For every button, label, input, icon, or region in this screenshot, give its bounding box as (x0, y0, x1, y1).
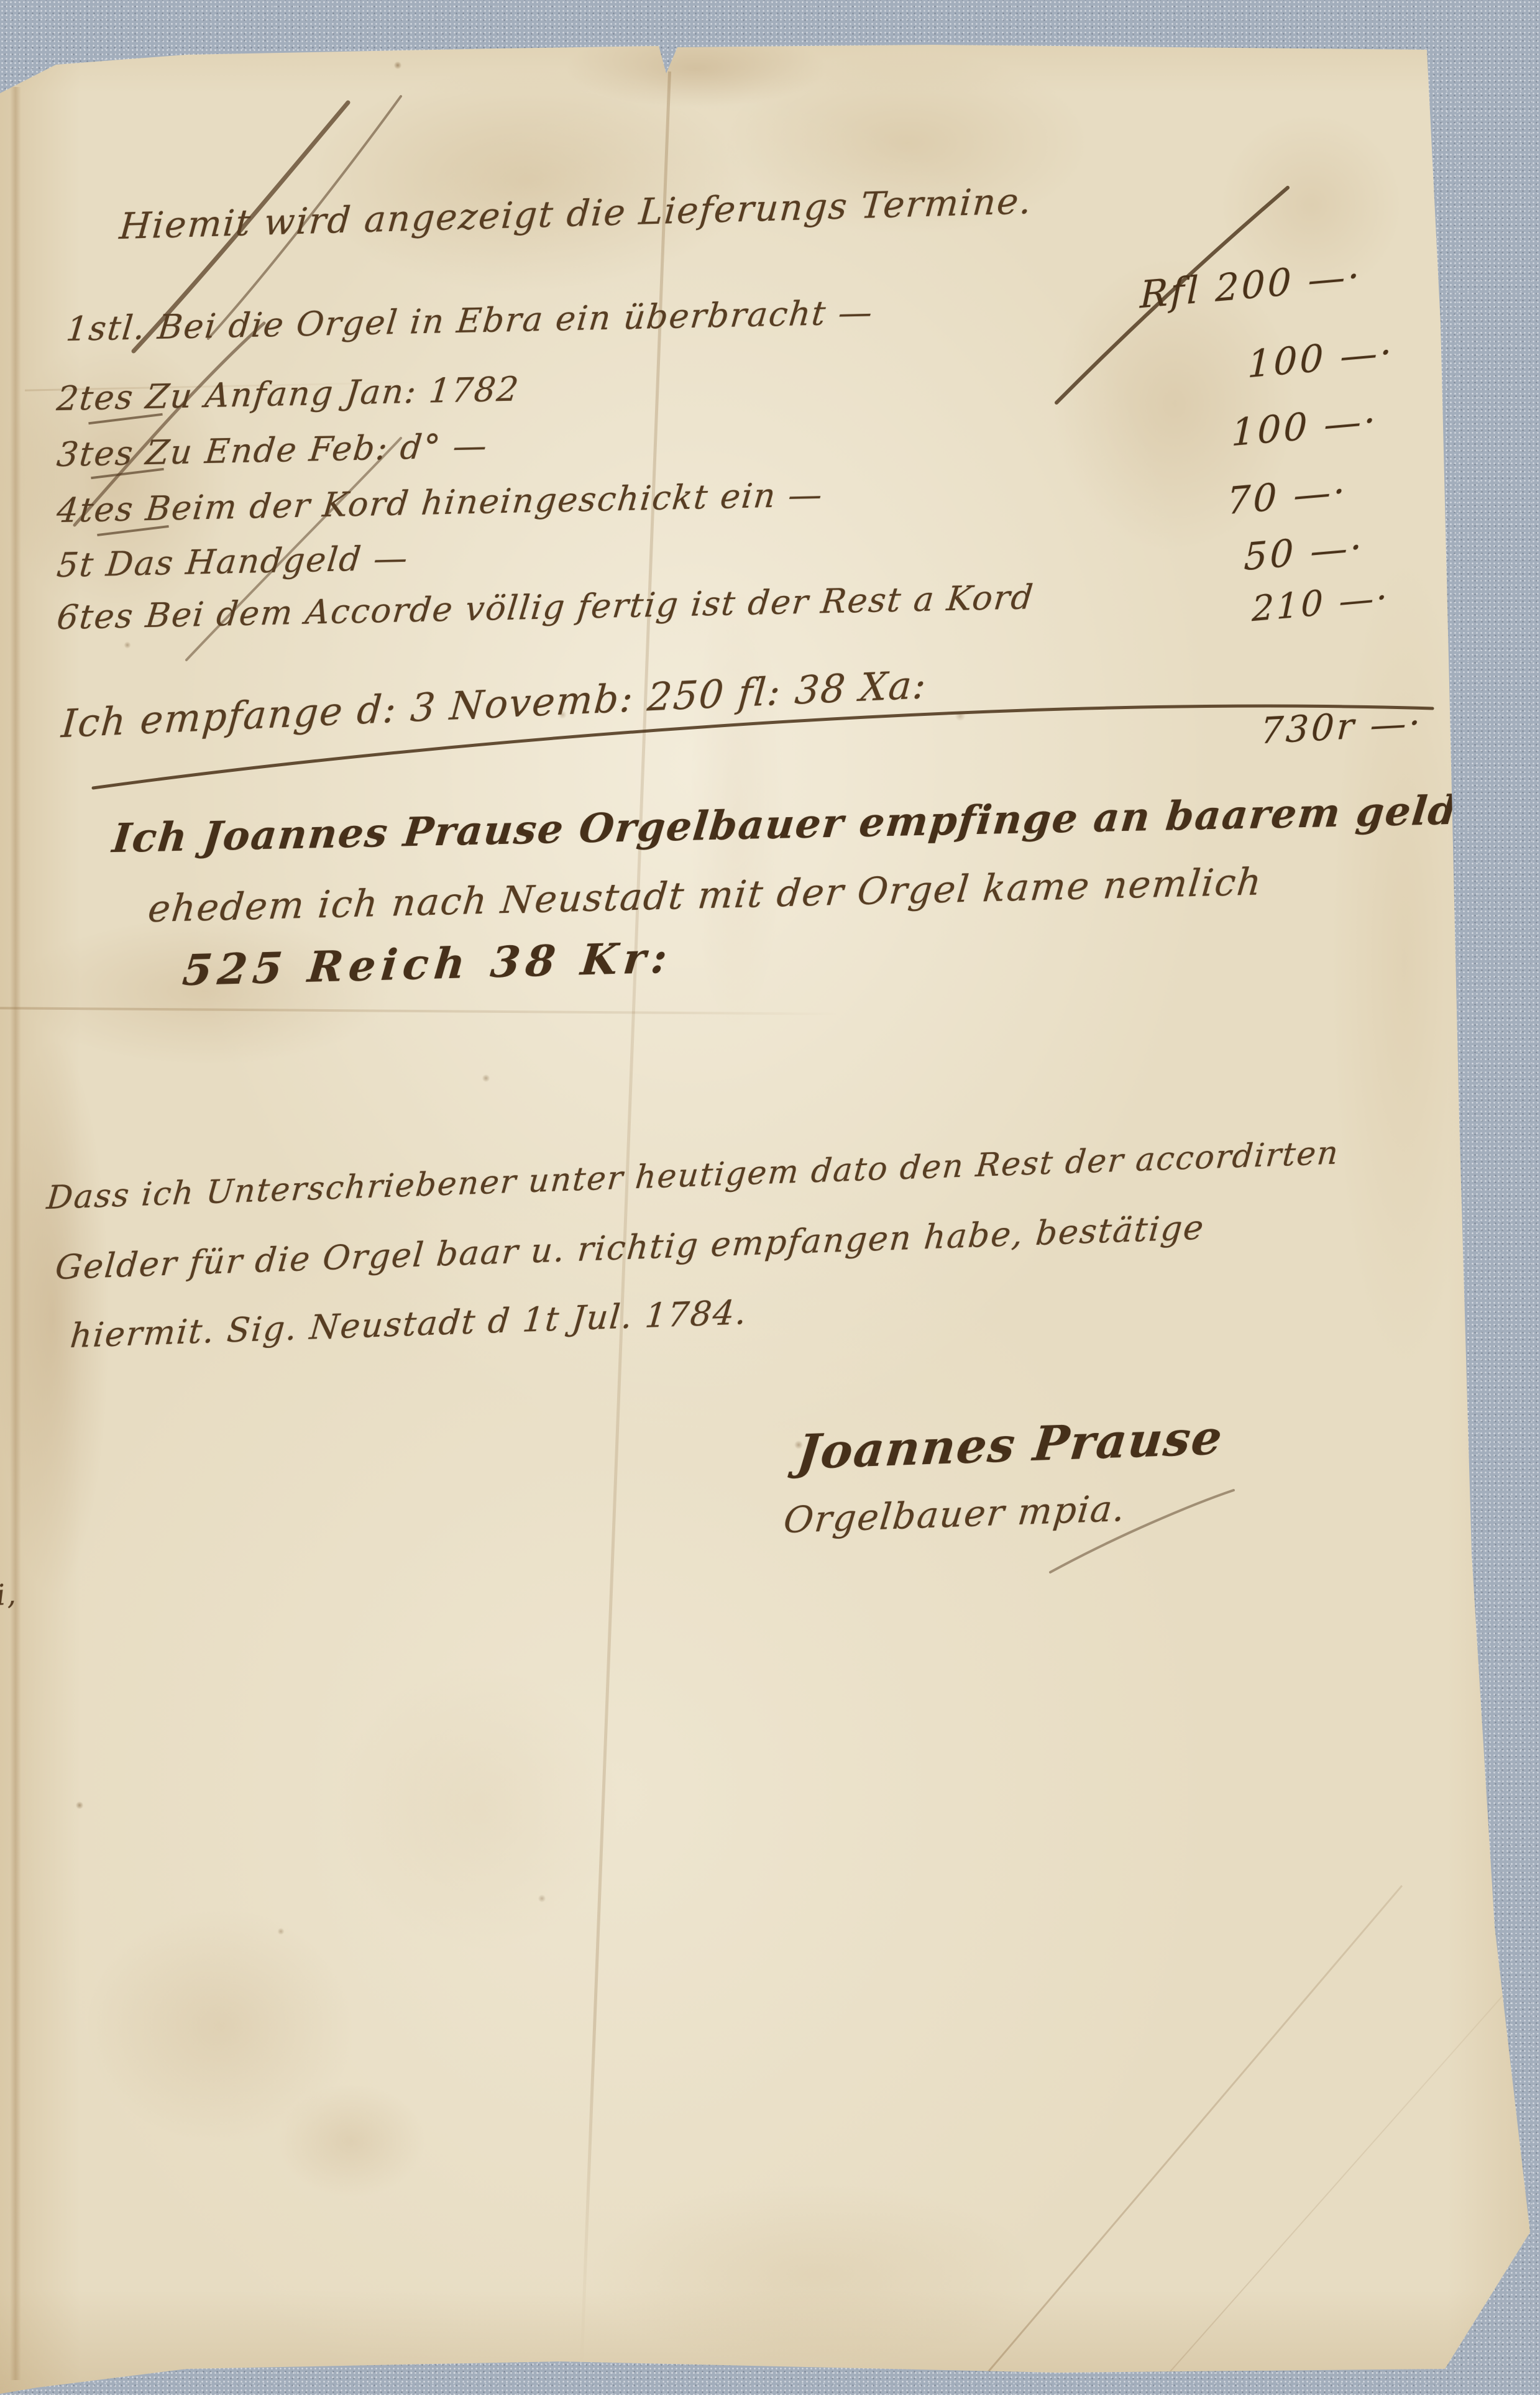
ledger-item-label: 6tes Bei dem Accorde völlig fertig ist d… (55, 577, 1036, 637)
confirmation-paragraph-line: Dass ich Unterschriebener unter heutigem… (45, 1134, 1341, 1217)
receipt-line: Ich empfange d: 3 Novemb: 250 fl: 38 Xa: (60, 662, 928, 747)
horizontal-fold-crease (0, 1007, 839, 1015)
manuscript-page: Hiemit wird angezeigt die Lieferungs Ter… (0, 0, 1540, 2395)
ledger-item-label: 1stl. Bei die Orgel in Ebra ein überbrac… (65, 293, 876, 349)
signature-name: Joannes Prause (795, 1409, 1226, 1480)
left-edge-stain (10, 87, 21, 2380)
cash-paragraph-line: Ich Joannes Prause Orgelbauer empfinge a… (110, 787, 1486, 862)
header-line: Hiemit wird angezeigt die Lieferungs Ter… (118, 180, 1034, 247)
confirmation-date-line: hiermit. Sig. Neustadt d 1t Jul. 1784. (68, 1293, 749, 1355)
ledger-item-amount: 70 —· (1227, 469, 1348, 523)
diagonal-crease-faint (1150, 1951, 1540, 2394)
photo-backdrop: Hiemit wird angezeigt die Lieferungs Ter… (0, 0, 1540, 2395)
ledger-item-amount: 100 —· (1247, 330, 1395, 387)
confirmation-paragraph-line: Gelder für die Orgel baar u. richtig emp… (53, 1207, 1206, 1287)
ledger-item-label: 2tes Zu Anfang Jan: 1782 (55, 369, 521, 418)
ledger-item-amount: 100 —· (1231, 398, 1378, 455)
ledger-item-label: 3tes Zu Ende Feb: d° — (55, 426, 490, 474)
ledger-item-label: 4tes Beim der Kord hineingeschickt ein — (55, 475, 825, 530)
diagonal-crease (968, 1885, 1403, 2395)
margin-ink-mark: i, (0, 1577, 18, 1612)
ledger-item-label: 5t Das Handgeld — (55, 538, 411, 585)
signature-title: Orgelbauer mpia. (782, 1487, 1128, 1542)
ledger-item-amount: Rfl 200 —· (1140, 254, 1362, 318)
total-amount: 730r —· (1259, 701, 1424, 752)
vertical-fold-crease (580, 71, 671, 2369)
ledger-item-amount: 210 —· (1252, 577, 1390, 630)
cash-amount-line: 525 Reich 38 Kr: (180, 933, 675, 996)
cash-paragraph-line: ehedem ich nach Neustadt mit der Orgel k… (146, 860, 1264, 931)
ledger-item-amount: 50 —· (1244, 525, 1365, 579)
